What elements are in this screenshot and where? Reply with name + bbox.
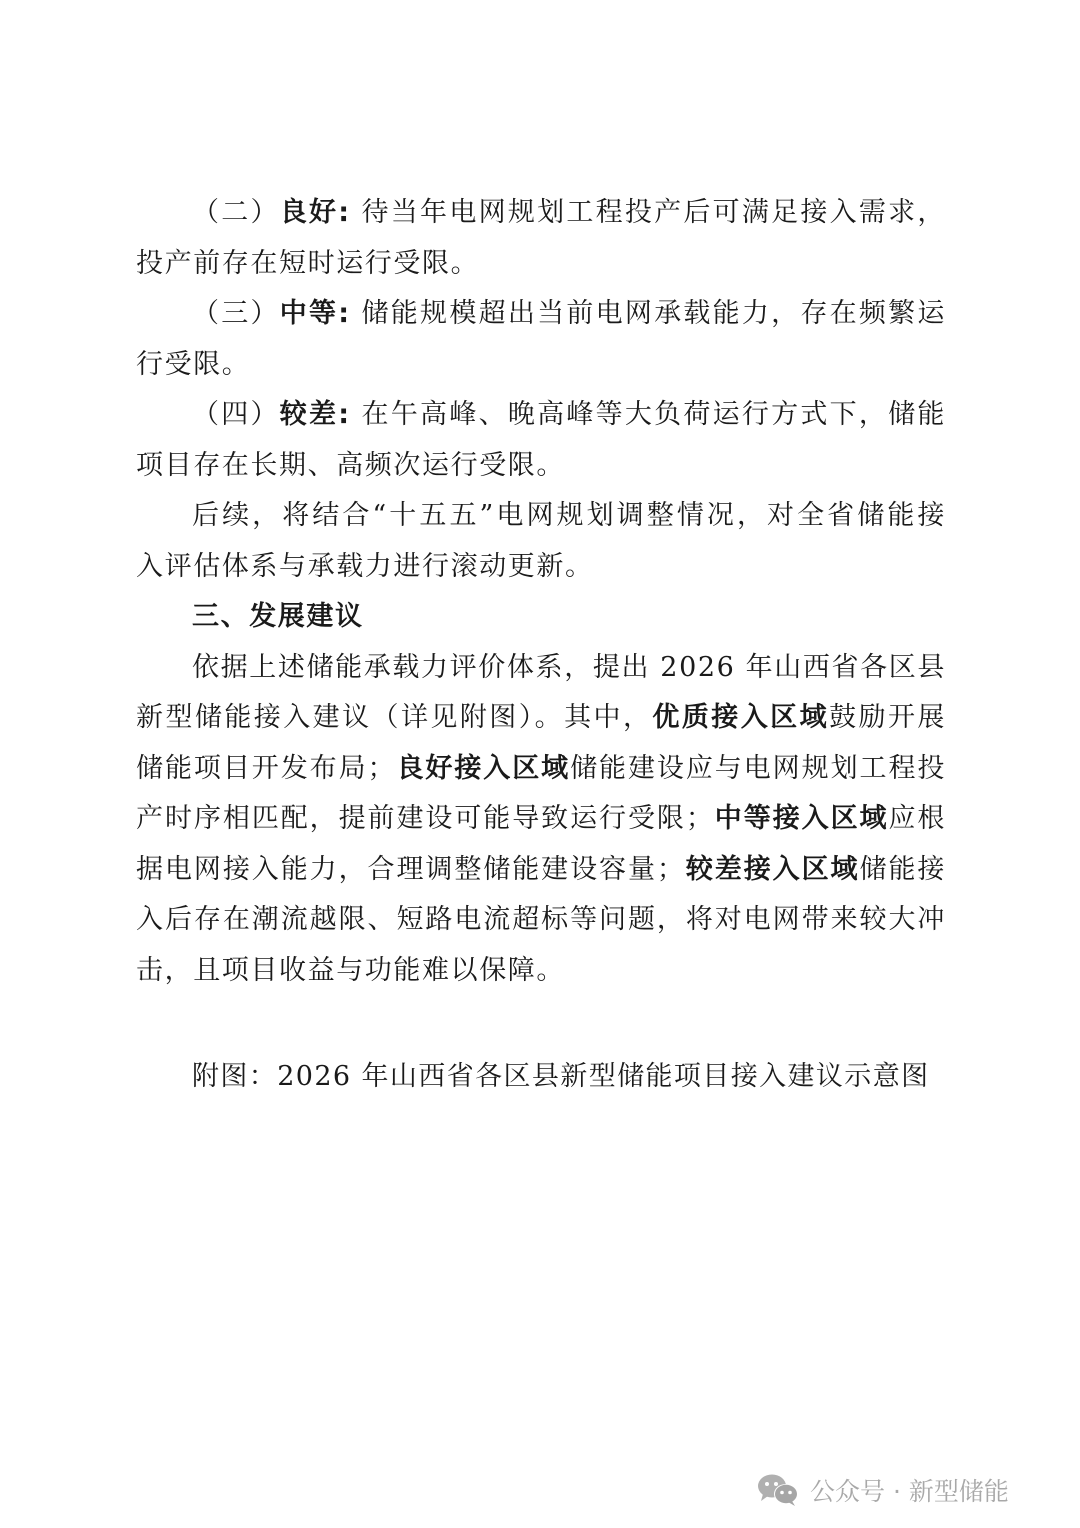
text: 据电网接入能力，合理调整储能建设容量； xyxy=(136,854,686,885)
section3-line-7: 击，且项目收益与功能难以保障。 xyxy=(136,946,946,997)
watermark-text: 公众号 · 新型储能 xyxy=(810,1472,1009,1508)
item-good-line-1: （二）良好: 待当年电网规划工程投产后可满足接入需求， xyxy=(136,188,946,239)
section3-line-5: 据电网接入能力，合理调整储能建设容量；较差接入区域储能接 xyxy=(136,845,946,896)
item-good-line-2: 投产前存在短时运行受限。 xyxy=(136,239,946,290)
text: 储能建设应与电网规划工程投 xyxy=(570,753,946,784)
text: 应根 xyxy=(888,803,946,834)
text: 储能接 xyxy=(860,854,946,885)
item-marker: （二） xyxy=(192,197,280,228)
item-term: 中等: xyxy=(280,298,351,329)
item-poor-line-2: 项目存在长期、高频次运行受限。 xyxy=(136,441,946,492)
item-term: 良好: xyxy=(280,197,351,228)
item-medium-line-2: 行受限。 xyxy=(136,340,946,391)
section3-line-6: 入后存在潮流越限、短路电流超标等问题，将对电网带来较大冲 xyxy=(136,895,946,946)
highlight-poor-zone: 较差接入区域 xyxy=(686,854,860,885)
item-marker: （四） xyxy=(192,399,280,430)
wechat-icon xyxy=(756,1473,800,1507)
section-heading: 三、发展建议 xyxy=(136,592,946,643)
followup-line-2: 入评估体系与承载力进行滚动更新。 xyxy=(136,542,946,593)
text: 新型储能接入建议（详见附图）。其中， xyxy=(136,702,652,733)
section3-line-3: 储能项目开发布局；良好接入区域储能建设应与电网规划工程投 xyxy=(136,744,946,795)
item-text: 储能规模超出当前电网承载能力，存在频繁运 xyxy=(362,298,946,329)
text: 产时序相匹配，提前建设可能导致运行受限； xyxy=(136,803,714,834)
item-poor-line-1: （四）较差: 在午高峰、晚高峰等大负荷运行方式下，储能 xyxy=(136,390,946,441)
highlight-medium-zone: 中等接入区域 xyxy=(714,803,888,834)
followup-line-1: 后续，将结合“十五五”电网规划调整情况，对全省储能接 xyxy=(136,491,946,542)
item-term: 较差: xyxy=(280,399,351,430)
item-marker: （三） xyxy=(192,298,280,329)
highlight-excellent-zone: 优质接入区域 xyxy=(652,702,829,733)
section3-line-2: 新型储能接入建议（详见附图）。其中，优质接入区域鼓励开展 xyxy=(136,693,946,744)
item-text: 待当年电网规划工程投产后可满足接入需求， xyxy=(362,197,946,228)
item-medium-line-1: （三）中等: 储能规模超出当前电网承载能力，存在频繁运 xyxy=(136,289,946,340)
section3-line-4: 产时序相匹配，提前建设可能导致运行受限；中等接入区域应根 xyxy=(136,794,946,845)
item-text: 在午高峰、晚高峰等大负荷运行方式下，储能 xyxy=(362,399,946,430)
section3-line-1: 依据上述储能承载力评价体系，提出 2026 年山西省各区县 xyxy=(136,643,946,694)
watermark: 公众号 · 新型储能 xyxy=(756,1470,1009,1510)
text: 储能项目开发布局； xyxy=(136,753,396,784)
text: 鼓励开展 xyxy=(829,702,946,733)
document-body: （二）良好: 待当年电网规划工程投产后可满足接入需求， 投产前存在短时运行受限。… xyxy=(136,188,946,996)
highlight-good-zone: 良好接入区域 xyxy=(396,753,570,784)
figure-caption: 附图：2026 年山西省各区县新型储能项目接入建议示意图 xyxy=(192,1052,930,1102)
